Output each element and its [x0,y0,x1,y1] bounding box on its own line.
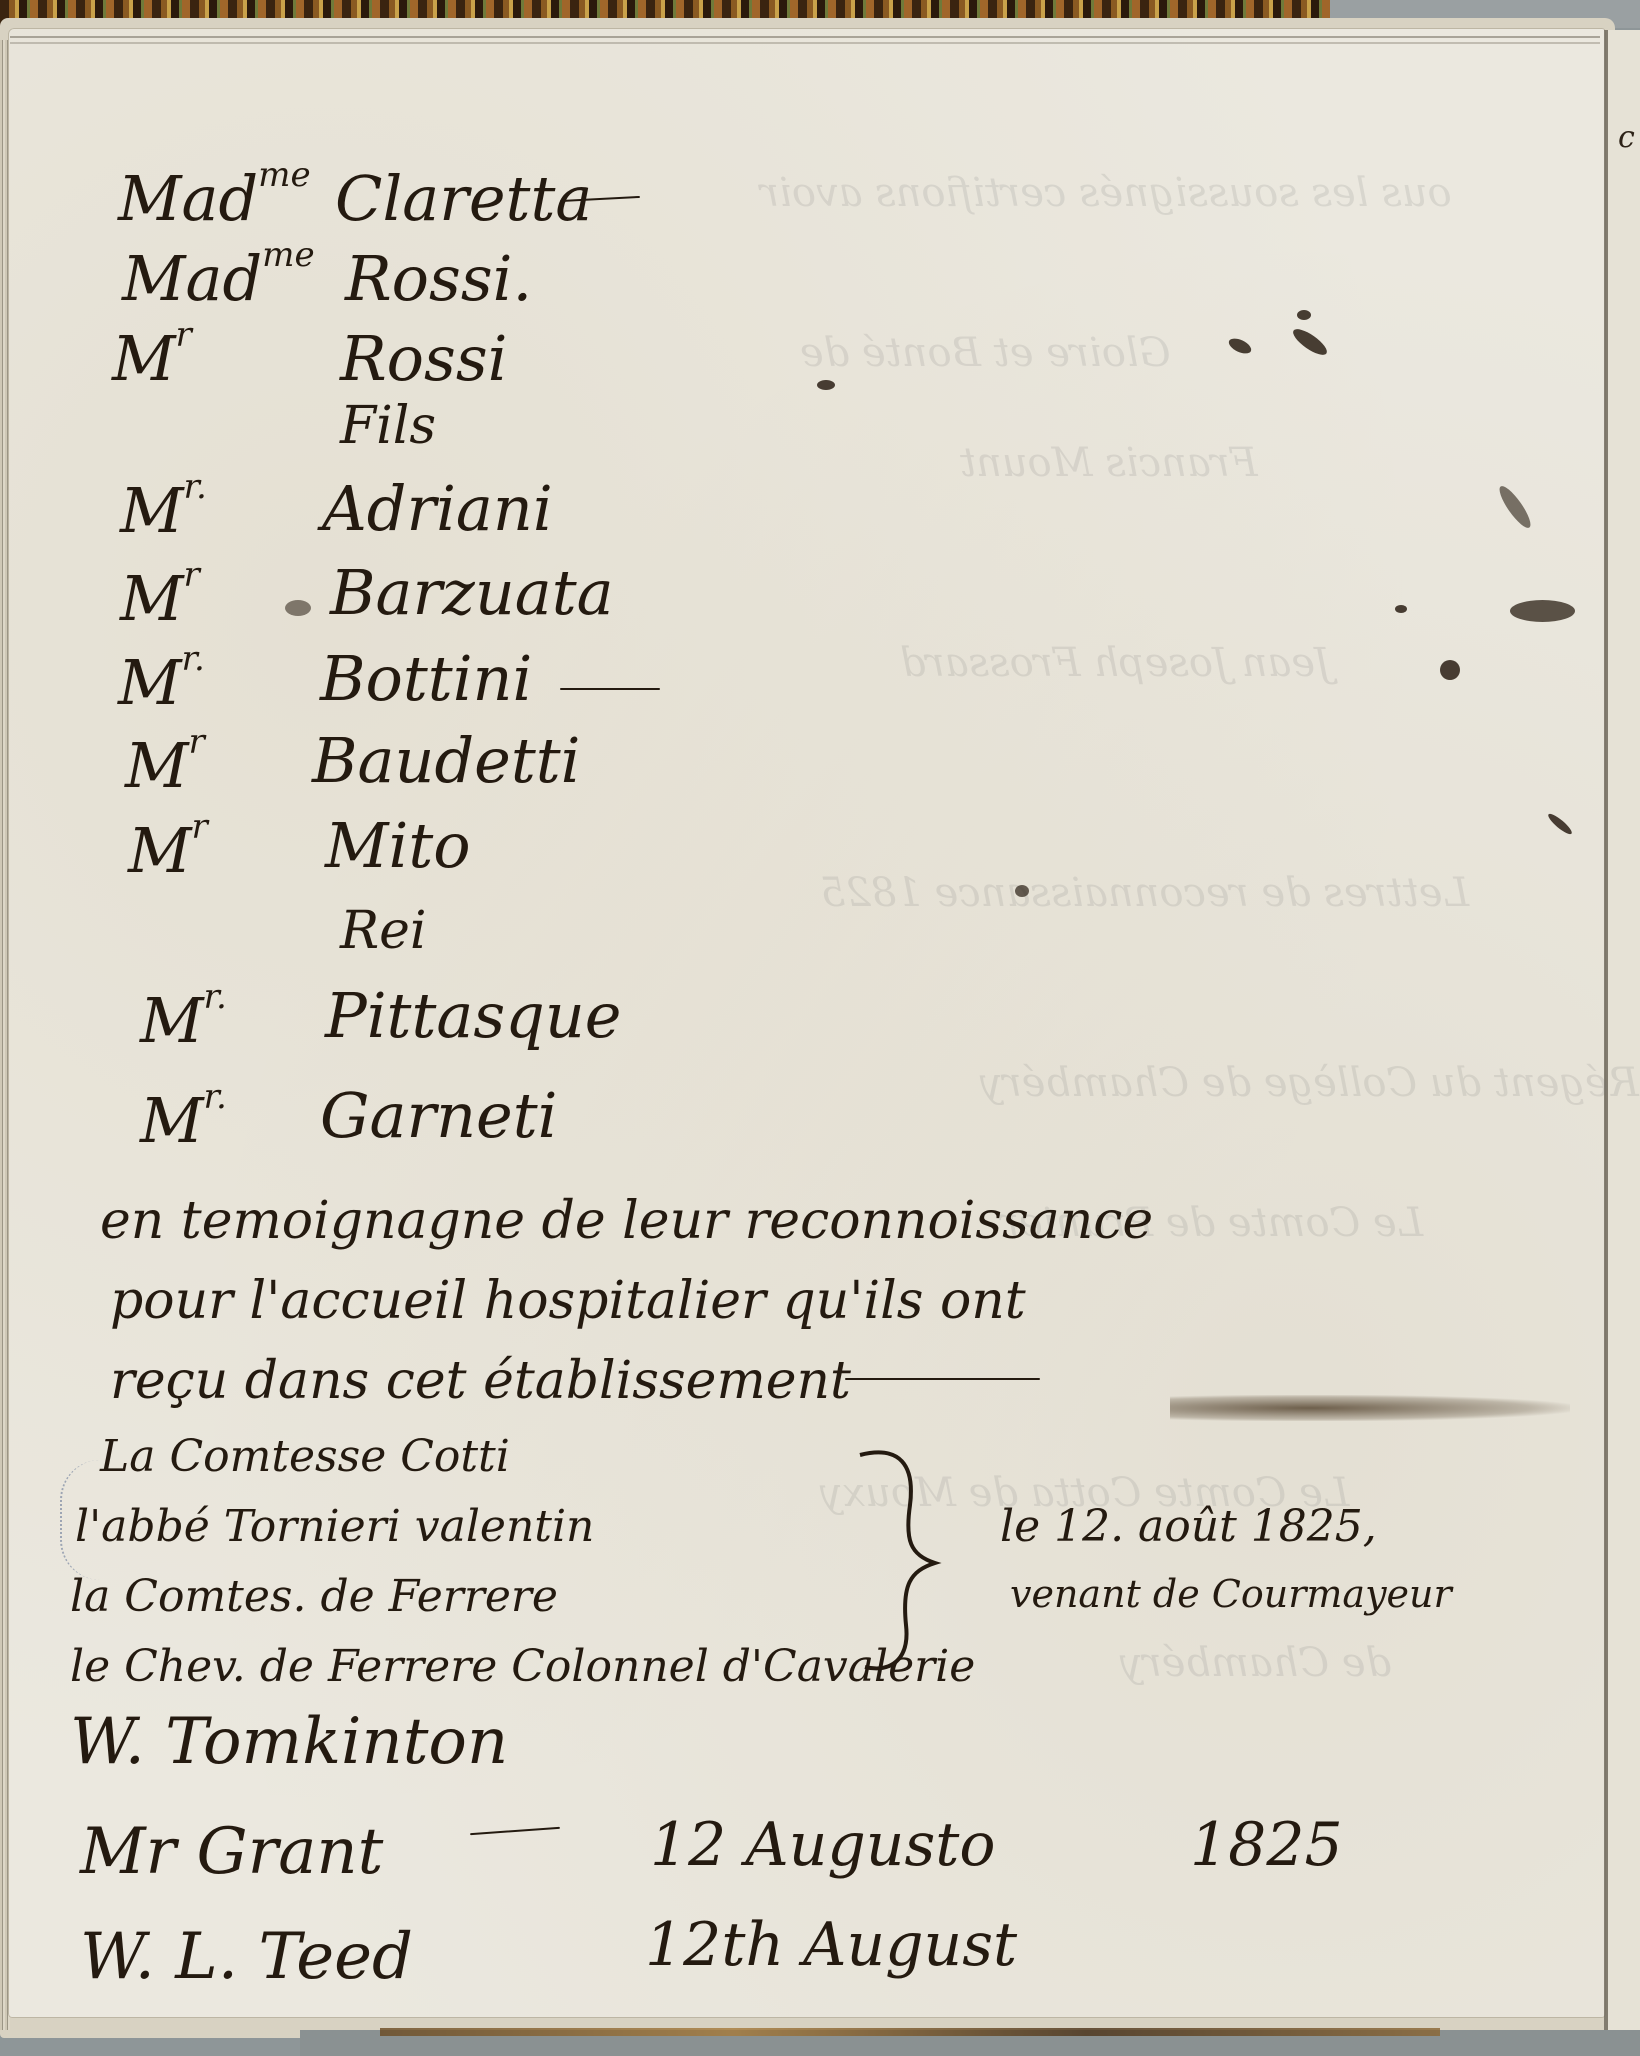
signature-grant-date: 12 Augusto [650,1815,995,1875]
bleed-through-text: Jean Joseph Frossard [900,640,1331,686]
signature-grant: Mr Grant [80,1820,383,1884]
entry-name-rossi: Rossi [340,328,507,390]
page-edge-line [10,42,1600,44]
ink-blot [285,600,311,616]
bottom-edge-stain [380,2028,1440,2036]
bleed-through-text: Gloire et Bonté de [800,330,1171,376]
entry-title: Mr [120,568,200,630]
curly-brace-icon [840,1445,950,1675]
signature-teed: W. L. Teed [80,1925,413,1989]
facing-page-glyph: c [1618,120,1635,155]
entry-name-rei: Rei [340,905,427,957]
bleed-through-text: ous les soussignés certifions avoir [760,170,1452,216]
entry-name-garneti: Garneti [320,1085,558,1147]
entry-name-adriani: Adriani [322,478,553,540]
entry-title: Madme [118,168,311,230]
bleed-through-text: Francis Mount [960,440,1258,486]
entry-title: Madme [122,248,315,310]
dedication-line-3: reçu dans cet établissement [110,1355,851,1407]
bleed-through-text: Lettres de reconnaissance 1825 [820,870,1469,916]
signature-tomkinton: W. Tomkinton [70,1710,508,1774]
dedication-line-1: en temoignagne de leur reconnoissance [100,1195,1153,1247]
entry-name-mito: Mito [325,815,471,877]
entry-title: Mr [128,820,208,882]
ink-blot [1395,605,1407,613]
dedication-line-2: pour l'accueil hospitalier qu'ils ont [110,1275,1026,1327]
ink-blot [1297,310,1311,320]
ink-blot [1440,660,1460,680]
facing-page-edge: c [1608,30,1640,2030]
entry-title: Mr [112,328,192,390]
page-edge-line [10,36,1600,38]
entry-title: Mr. [140,1090,227,1152]
entry-name-claretta: Claretta [335,168,592,230]
flourish-line [845,1378,1040,1380]
entry-title: Mr. [120,480,207,542]
signature-grant-year: 1825 [1190,1815,1343,1875]
ink-blot [1015,885,1029,897]
ink-blot [1510,600,1575,622]
entry-title: Mr. [118,652,205,714]
bleed-through-text: Régent du Collège de Chambéry [980,1060,1639,1106]
group-line-abbe-tornieri: l'abbé Tornieri valentin [75,1505,594,1549]
entry-title: Mr. [140,990,227,1052]
bleed-through-text: de Chambéry [1120,1640,1391,1686]
ink-smudge [1170,1395,1570,1421]
entry-name-barzuata: Barzuata [330,562,614,624]
ink-blot [817,380,835,390]
flourish-line [560,688,660,690]
entry-name-bottini: Bottini [320,648,532,710]
entry-name-fils: Fils [340,400,436,452]
entry-name-rossi-madame: Rossi. [345,248,532,310]
group-line-comtesse-cotti: La Comtesse Cotti [100,1435,510,1479]
entry-title: Mr [125,735,205,797]
entry-name-baudetti: Baudetti [312,730,581,792]
group-line-comtesse-ferrere: la Comtes. de Ferrere [70,1575,558,1619]
group-date: le 12. août 1825, [1000,1505,1377,1549]
group-origin: venant de Courmayeur [1010,1575,1452,1613]
signature-teed-date: 12th August [645,1915,1017,1975]
entry-name-pittasque: Pittasque [325,985,621,1047]
